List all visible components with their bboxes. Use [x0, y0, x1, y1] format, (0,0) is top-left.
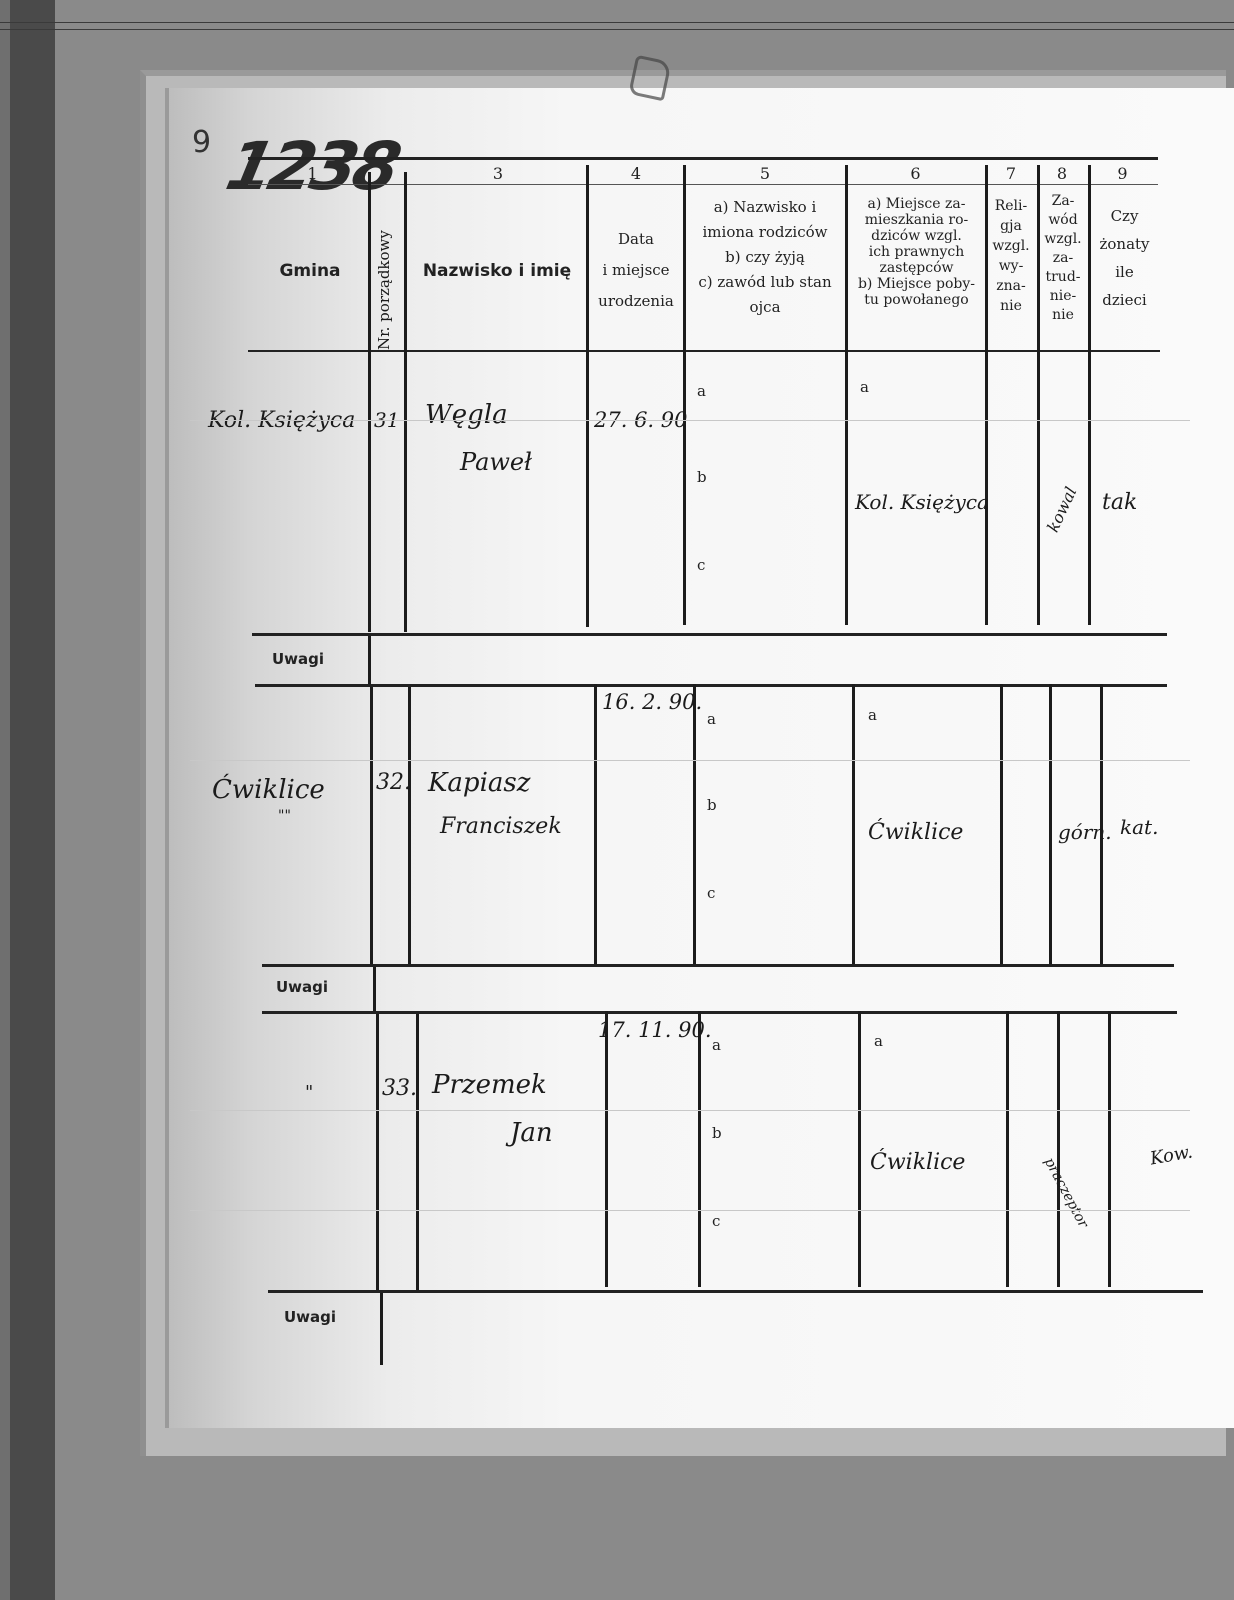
column-number-4: 4: [590, 164, 682, 183]
entry-1-married: tak: [1102, 490, 1137, 515]
entry-2-surname: Kapiasz: [428, 768, 530, 798]
column-divider: [586, 165, 589, 627]
entry-3-remarks-label: Uwagi: [284, 1308, 336, 1326]
header-parents: a) Nazwisko i imiona rodziców b) czy żyj…: [685, 198, 845, 317]
column-divider: [693, 684, 696, 964]
ruled-line: [190, 760, 1190, 761]
header-nr-porzadkowy: Nr. porządkowy: [375, 230, 393, 350]
entry-1-bottom-rule: [252, 633, 1167, 636]
entry-1-label-b: b: [697, 468, 707, 486]
margin-number: 9: [192, 125, 211, 160]
entry-2-label-a: a: [707, 710, 716, 728]
header-religion: Reli- gja wzgl. wy- zna- nie: [986, 196, 1036, 316]
entry-2-residence-label-a: a: [868, 706, 877, 724]
scan-artifact-line: [0, 22, 1234, 23]
column-divider: [605, 1011, 608, 1287]
header-top-rule: [248, 157, 1158, 160]
header-occupation: Za- wód wzgl. za- trud- nie- nie: [1038, 192, 1088, 325]
remarks-divider: [380, 1293, 383, 1365]
column-divider: [594, 684, 597, 964]
column-number-7: 7: [985, 164, 1037, 183]
column-divider: [404, 172, 407, 632]
entry-1-residence-label-a: a: [860, 378, 869, 396]
remarks-divider: [373, 967, 376, 1012]
entry-2-residence: Ćwiklice: [868, 820, 963, 845]
column-number-rule: [248, 184, 1158, 185]
ruled-line: [190, 420, 1190, 421]
entry-2-birth-date: 16. 2. 90.: [602, 690, 702, 714]
entry-3-nr: 33.: [382, 1076, 417, 1101]
entry-1-remarks-label: Uwagi: [272, 650, 324, 668]
header-nazwisko-imie: Nazwisko i imię: [408, 262, 586, 281]
column-number-8: 8: [1037, 164, 1087, 183]
column-divider: [852, 684, 855, 964]
entry-1-first-name: Paweł: [460, 448, 532, 476]
header-birth-date: Data i miejsce urodzenia: [590, 230, 682, 311]
column-divider: [1108, 1011, 1111, 1287]
entry-3-residence: Ćwiklice: [870, 1150, 965, 1175]
entry-3-bottom-rule: [268, 1290, 1203, 1293]
column-divider: [1006, 1011, 1009, 1287]
entry-3-birth-date: 17. 11. 90.: [598, 1018, 712, 1042]
column-divider: [683, 165, 686, 625]
entry-2-nr: 32.: [376, 770, 411, 795]
header-bottom-rule: [248, 350, 1160, 352]
entry-3-residence-label-a: a: [874, 1032, 883, 1050]
scan-artifact-line: [0, 29, 1234, 30]
entry-2-remarks-label: Uwagi: [276, 978, 328, 996]
column-divider: [368, 172, 371, 632]
entry-3-label-c: c: [712, 1212, 720, 1230]
column-divider: [985, 165, 988, 625]
column-number-1: 1: [260, 164, 365, 183]
header-gmina: Gmina: [255, 262, 365, 281]
column-divider: [1049, 684, 1052, 964]
ruled-line: [190, 1110, 1190, 1111]
header-married: Czy żonaty ile dzieci: [1092, 205, 1157, 311]
entry-3-surname: Przemek: [432, 1070, 547, 1100]
entry-2-label-c: c: [707, 884, 715, 902]
column-divider: [1088, 165, 1091, 625]
entry-2-occupation: górn.: [1058, 820, 1112, 844]
entry-1-label-a: a: [697, 382, 706, 400]
column-number-5: 5: [685, 164, 845, 183]
column-divider: [416, 1014, 419, 1290]
column-divider: [408, 687, 411, 967]
entry-3-first-name: Jan: [510, 1118, 553, 1148]
entry-3-label-b: b: [712, 1124, 722, 1142]
column-divider: [1000, 684, 1003, 964]
entry-1-remarks-rule: [255, 684, 1167, 687]
column-divider: [858, 1011, 861, 1287]
column-divider: [370, 687, 373, 967]
entry-3-label-a: a: [712, 1036, 721, 1054]
entry-2-gmina-note: "": [278, 808, 291, 824]
column-divider: [845, 165, 848, 625]
entry-2-first-name: Franciszek: [440, 814, 562, 839]
ruled-line: [190, 1210, 1190, 1211]
entry-1-surname: Węgla: [425, 400, 508, 430]
header-residence: a) Miejsce za- mieszkania ro- dziców wzg…: [848, 196, 985, 308]
column-divider: [698, 1011, 701, 1287]
column-divider: [1037, 165, 1040, 625]
entry-2-bottom-rule: [262, 964, 1174, 967]
column-divider: [1057, 1011, 1060, 1287]
entry-2-married: kat.: [1120, 815, 1158, 839]
column-number-9: 9: [1090, 164, 1155, 183]
column-number-6: 6: [848, 164, 983, 183]
entry-2-label-b: b: [707, 796, 717, 814]
entry-2-remarks-rule: [262, 1011, 1177, 1014]
column-divider: [376, 1014, 379, 1290]
entry-3-gmina: ": [305, 1082, 313, 1103]
remarks-divider: [368, 636, 371, 686]
column-number-3: 3: [408, 164, 588, 183]
entry-1-residence: Kol. Księżyca: [855, 490, 989, 514]
entry-2-gmina: Ćwiklice: [212, 775, 325, 805]
entry-1-label-c: c: [697, 556, 705, 574]
